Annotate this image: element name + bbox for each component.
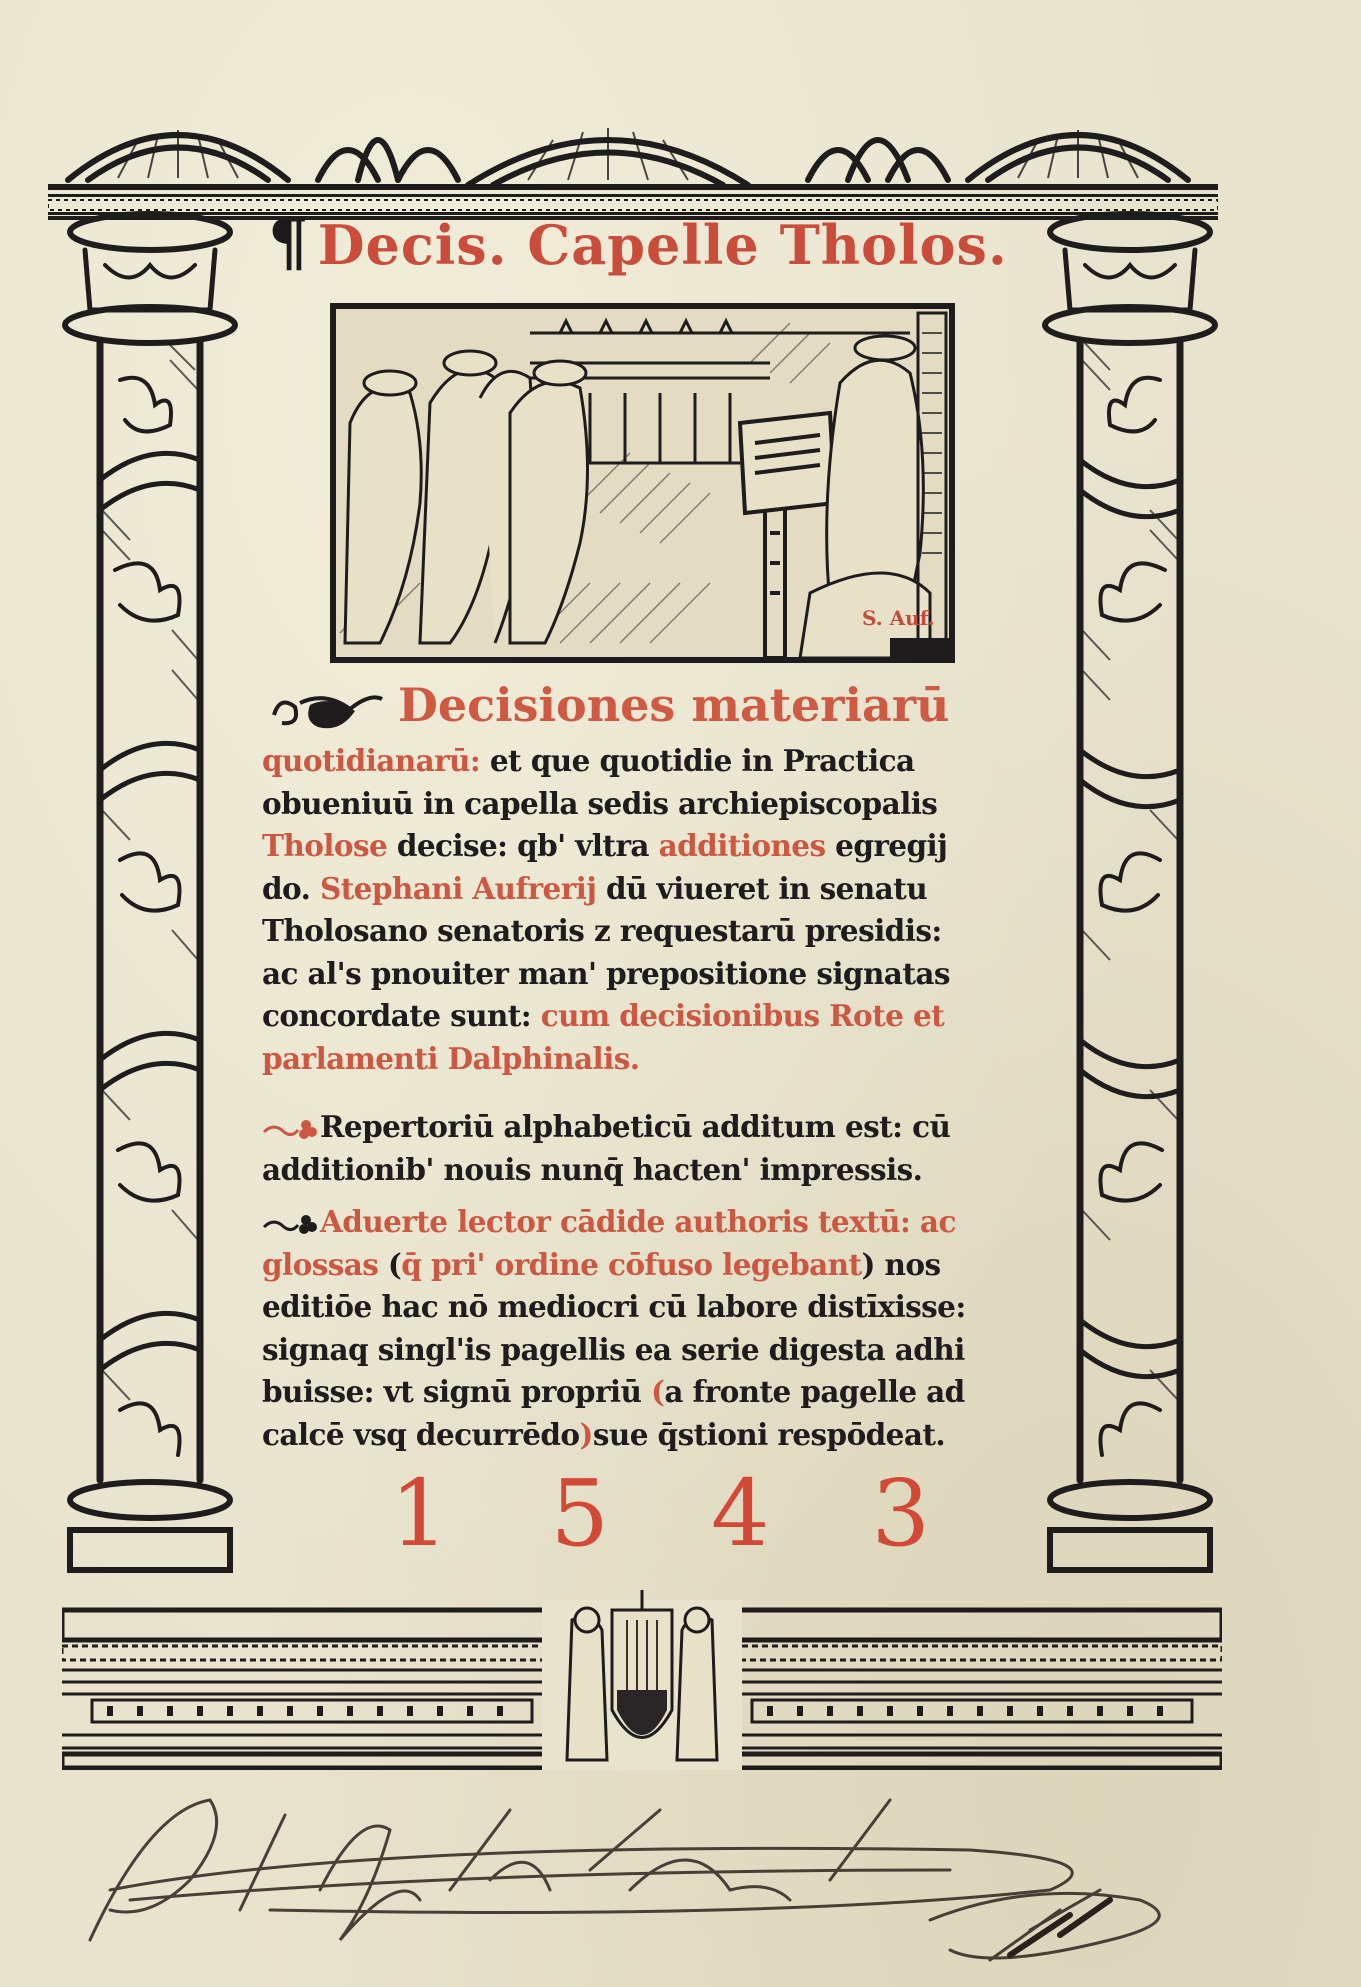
right-column-ornament [1040, 210, 1220, 1590]
text-span: concordate sunt: [262, 998, 531, 1033]
text-line: buisse: vt signū propriū (a fronte pagel… [262, 1371, 1037, 1414]
text-line: signaq̧ singl'is pagellis ea serie diges… [262, 1329, 1037, 1372]
text-span: Repertoriū alphabeticū additum est: cū [320, 1109, 950, 1144]
text-span: sue q̄stioni respōdeat. [593, 1417, 945, 1452]
text-line: Repertoriū alphabeticū additum est: cū [262, 1106, 1037, 1149]
text-line: Aduerte lector cādide authoris textū: ac [262, 1201, 1037, 1244]
body-text: quotidianarū: et que quotidie in Practic… [262, 740, 1037, 1456]
left-column-ornament [60, 210, 240, 1590]
woodcut-caption: S. Auf. [862, 606, 935, 630]
text-span: obueniuū in capella sedis archiepiscopal… [262, 786, 937, 821]
text-line: ac al's pnouiter man' prepositione signa… [262, 953, 1037, 996]
text-span-red: q̄ pri' ordine cōfuso legebant [401, 1247, 861, 1282]
text-span-red: Aduerte lector cādide authoris textū: ac [320, 1204, 956, 1239]
text-line: glossas (q̄ pri' ordine cōfuso legebant)… [262, 1244, 1037, 1287]
fleuron-icon [270, 685, 390, 733]
bottom-frieze-ornament [62, 1590, 1222, 1770]
text-line: do. Stephani Aufrerij dū viueret in sena… [262, 868, 1037, 911]
text-span: Tholosano senatoris z requestarū presidi… [262, 913, 942, 948]
imprint-year: 1 5 4 3 [390, 1460, 930, 1567]
text-line: calcē vsq̧ decurrēdo)sue q̄stioni respōd… [262, 1414, 1037, 1457]
text-span-red: ) [580, 1417, 593, 1452]
text-span: egregij [835, 828, 947, 863]
main-heading: Decisiones materiarū [398, 678, 950, 732]
text-span: signaq̧ singl'is pagellis ea serie diges… [262, 1332, 965, 1367]
text-span-red: quotidianarū: [262, 743, 480, 778]
text-line: obueniuū in capella sedis archiepiscopal… [262, 783, 1037, 826]
text-span-red: parlamenti Dalphinalis. [262, 1041, 639, 1076]
text-span: ac al's pnouiter man' prepositione signa… [262, 956, 950, 991]
text-span-red: glossas [262, 1247, 378, 1282]
page-title-line: ¶Decis. Capelle Tholos. [268, 205, 1028, 280]
text-span: decise: qb' vltra [397, 828, 649, 863]
text-span: et que quotidie in Practica [490, 743, 915, 778]
text-span: dū viueret in senatu [606, 871, 927, 906]
text-line: additionib' nouis nunq̄ hacten' impressi… [262, 1149, 1037, 1192]
year-digit: 4 [711, 1460, 770, 1567]
text-line: Tholosano senatoris z requestarū presidi… [262, 910, 1037, 953]
year-digit: 1 [390, 1460, 449, 1567]
top-frieze-ornament [48, 80, 1218, 220]
text-line: Tholose decise: qb' vltra additiones egr… [262, 825, 1037, 868]
page-title: Decis. Capelle Tholos. [318, 213, 1008, 277]
text-span-red: Stephani Aufrerij [320, 871, 596, 906]
text-span: buisse: vt signū propriū [262, 1374, 641, 1409]
text-span: ( [388, 1247, 401, 1282]
black-leaf-ornament-icon [262, 1211, 320, 1237]
text-span: a fronte pagelle ad [664, 1374, 964, 1409]
text-span: nos [885, 1247, 941, 1282]
text-span: ) [862, 1247, 875, 1282]
year-digit: 5 [550, 1460, 609, 1567]
text-span-red: Tholose [262, 828, 387, 863]
text-span: additionib' nouis nunq̄ hacten' impressi… [262, 1152, 922, 1187]
text-span-red: ( [651, 1374, 664, 1409]
year-digit: 3 [871, 1460, 930, 1567]
red-leaf-ornament-icon [262, 1116, 320, 1142]
pilcrow-icon: ¶ [268, 205, 310, 280]
text-span: editiōe hac nō mediocri cū labore distīx… [262, 1289, 966, 1324]
text-line: concordate sunt: cum decisionibus Rote e… [262, 995, 1037, 1038]
text-line: parlamenti Dalphinalis. [262, 1038, 1037, 1081]
text-span-red: additiones [659, 828, 826, 863]
text-span: calcē vsq̧ decurrēdo [262, 1417, 580, 1452]
text-span-red: cum decisionibus Rote et [541, 998, 944, 1033]
text-span: do. [262, 871, 310, 906]
heading-line: Decisiones materiarū [270, 678, 1030, 733]
text-line: editiōe hac nō mediocri cū labore distīx… [262, 1286, 1037, 1329]
text-line: quotidianarū: et que quotidie in Practic… [262, 740, 1037, 783]
handwritten-signature [70, 1770, 1270, 1980]
title-page: ¶Decis. Capelle Tholos. [0, 0, 1361, 1987]
